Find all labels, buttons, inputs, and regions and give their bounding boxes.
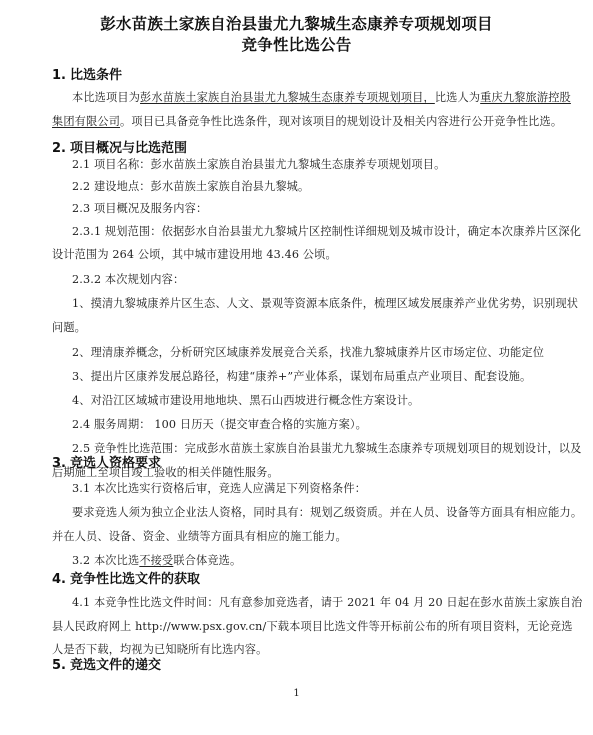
paragraph-line: 设计范围为 264 公顷，其中城市建设用地 43.46 公顷。 xyxy=(52,246,337,262)
section-title: 比选条件 xyxy=(70,68,122,83)
paragraph-line: 2.1 项目名称：彭水苗族土家族自治县蚩尤九黎城生态康养专项规划项目。 xyxy=(72,156,445,172)
paragraph-line: 2、理清康养概念，分析研究区域康养发展竞合关系，找准九黎城康养片区市场定位、功能… xyxy=(72,344,544,360)
paragraph-line: 1、摸清九黎城康养片区生态、人文、景观等资源本底条件，梳理区域发展康养产业优劣势… xyxy=(72,295,578,311)
section-4-heading: 4.竞争性比选文件的获取 xyxy=(52,568,200,587)
section-1-paragraph-line1: 本比选项目为彭水苗族土家族自治县蚩尤九黎城生态康养专项规划项目，比选人为重庆九黎… xyxy=(72,89,571,105)
section-2-heading: 2.项目概况与比选范围 xyxy=(52,137,187,156)
paragraph-line: 2.3 项目概况及服务内容： xyxy=(72,200,207,216)
section-number: 4. xyxy=(52,572,70,587)
organization-name-underlined: 重庆九黎旅游控股 xyxy=(480,91,571,104)
text-span: 比选人为 xyxy=(435,91,480,104)
paragraph-line: 县人民政府网上 http://www.psx.gov.cn/下载本项目比选文件等… xyxy=(52,618,573,634)
paragraph-line: 并在人员、设备、资金、业绩等方面具有相应的施工能力。 xyxy=(52,528,347,544)
page-number: 1 xyxy=(0,688,593,699)
organization-name-underlined: 集团有限公司 xyxy=(52,115,120,128)
paragraph-line: 问题。 xyxy=(52,319,86,335)
document-title-line1: 彭水苗族土家族自治县蚩尤九黎城生态康养专项规划项目 xyxy=(0,12,593,34)
section-5-heading: 5.竞选文件的递交 xyxy=(52,654,161,673)
section-1-paragraph-line2: 集团有限公司。项目已具备竞争性比选条件，现对该项目的规划设计及相关内容进行公开竞… xyxy=(52,113,562,129)
section-title: 竞选人资格要求 xyxy=(70,456,161,471)
paragraph-line: 2.4 服务周期： 100 日历天（提交审查合格的实施方案）。 xyxy=(72,416,367,432)
text-span: 联合体竞选。 xyxy=(173,554,241,567)
section-title: 项目概况与比选范围 xyxy=(70,141,187,156)
paragraph-line: 2.3.1 规划范围：依据彭水自治县蚩尤九黎城片区控制性详细规划及城市设计，确定… xyxy=(72,223,581,239)
section-number: 5. xyxy=(52,658,70,673)
section-title: 竞争性比选文件的获取 xyxy=(70,572,200,587)
not-accepted-underlined: 不接受 xyxy=(139,554,173,567)
text-span: 本比选项目为 xyxy=(72,91,140,104)
paragraph-line: 要求竞选人须为独立企业法人资格，同时具有：规划乙级资质。并在人员、设备等方面具有… xyxy=(72,504,582,520)
section-number: 2. xyxy=(52,141,70,156)
paragraph-line-3-2: 3.2 本次比选不接受联合体竞选。 xyxy=(72,552,241,568)
section-title: 竞选文件的递交 xyxy=(70,658,161,673)
paragraph-line: 2.2 建设地点：彭水苗族土家族自治县九黎城。 xyxy=(72,178,309,194)
paragraph-line: 4.1 本竞争性比选文件时间：凡有意参加竞选者，请于 2021 年 04 月 2… xyxy=(72,594,582,610)
paragraph-line: 3、提出片区康养发展总路径，构建“康养+”产业体系，谋划布局重点产业项目、配套设… xyxy=(72,368,531,384)
section-number: 1. xyxy=(52,68,70,83)
text-span: 。项目已具备竞争性比选条件，现对该项目的规划设计及相关内容进行公开竞争性比选。 xyxy=(120,115,562,128)
section-3-heading: 3.竞选人资格要求 xyxy=(52,452,161,471)
paragraph-line: 2.3.2 本次规划内容： xyxy=(72,271,184,287)
text-span: 3.2 本次比选 xyxy=(72,554,139,567)
paragraph-line: 3.1 本次比选实行资格后审，竞选人应满足下列资格条件： xyxy=(72,480,366,496)
section-1-heading: 1.比选条件 xyxy=(52,64,122,83)
document-title-line2: 竞争性比选公告 xyxy=(0,33,593,55)
project-name-underlined: 彭水苗族土家族自治县蚩尤九黎城生态康养专项规划项目， xyxy=(140,91,435,104)
paragraph-line: 4、对沿江区域城市建设用地地块、黑石山西坡进行概念性方案设计。 xyxy=(72,392,419,408)
document-page: 彭水苗族土家族自治县蚩尤九黎城生态康养专项规划项目 竞争性比选公告 1.比选条件… xyxy=(0,0,593,735)
section-number: 3. xyxy=(52,456,70,471)
